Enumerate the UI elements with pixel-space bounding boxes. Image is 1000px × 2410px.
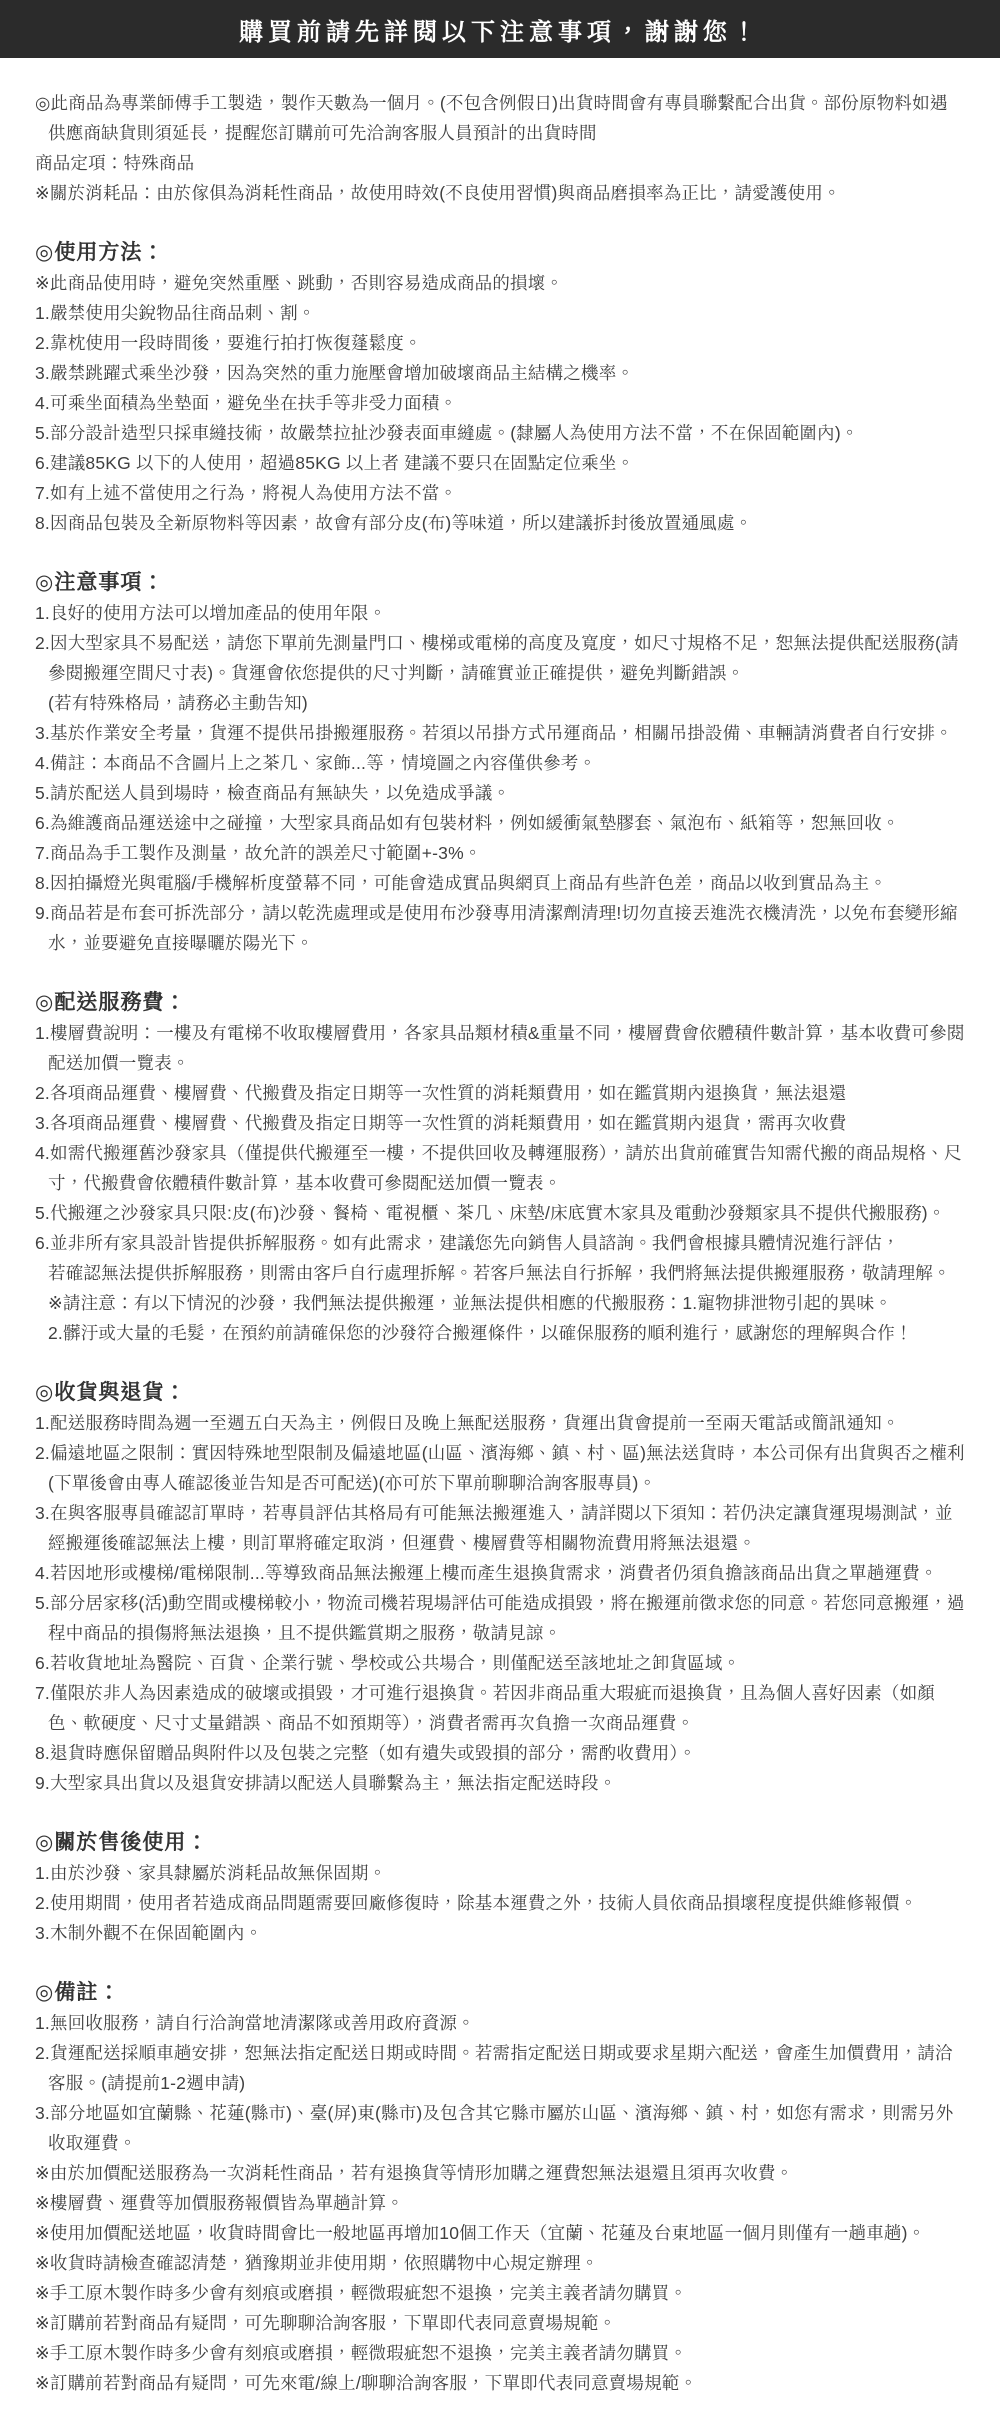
notice-line: 8.退貨時應保留贈品與附件以及包裝之完整（如有遺失或毀損的部分，需酌收費用）。 — [35, 1738, 965, 1768]
notice-line: 1.良好的使用方法可以增加產品的使用年限。 — [35, 598, 965, 628]
notice-line: 6.若收貨地址為醫院、百貨、企業行號、學校或公共場合，則僅配送至該地址之卸貨區域… — [35, 1648, 965, 1678]
notice-content: ◎此商品為專業師傅手工製造，製作天數為一個月。(不包含例假日)出貨時間會有專員聯… — [0, 58, 1000, 2406]
notice-line: 2.使用期間，使用者若造成商品問題需要回廠修復時，除基本運費之外，技術人員依商品… — [35, 1888, 965, 1918]
section-heading: ◎配送服務費： — [35, 988, 965, 1018]
section-heading: ◎收貨與退貨： — [35, 1378, 965, 1408]
notice-line: 4.若因地形或樓梯/電梯限制...等導致商品無法搬運上樓而產生退換貨需求，消費者… — [35, 1558, 965, 1588]
notice-section: ◎配送服務費：1.樓層費說明：一樓及有電梯不收取樓層費用，各家具品類材積&重量不… — [35, 988, 965, 1348]
notice-line: 4.可乘坐面積為坐墊面，避免坐在扶手等非受力面積。 — [35, 388, 965, 418]
section-heading: ◎備註： — [35, 1978, 965, 2008]
section-heading: ◎關於售後使用： — [35, 1828, 965, 1858]
notice-line: 5.部分居家移(活)動空間或樓梯較小，物流司機若現場評估可能造成損毀，將在搬運前… — [35, 1588, 965, 1648]
notice-line: 8.因拍攝燈光與電腦/手機解析度螢幕不同，可能會造成實品與網頁上商品有些許色差，… — [35, 868, 965, 898]
notice-line: ※關於消耗品：由於傢俱為消耗性商品，故使用時效(不良使用習慣)與商品磨損率為正比… — [35, 178, 965, 208]
notice-line: 6.建議85KG 以下的人使用，超過85KG 以上者 建議不要只在固點定位乘坐。 — [35, 448, 965, 478]
notice-line: ※請注意：有以下情況的沙發，我們無法提供搬運，並無法提供相應的代搬服務：1.寵物… — [35, 1288, 965, 1318]
notice-line: 1.由於沙發、家具隸屬於消耗品故無保固期。 — [35, 1858, 965, 1888]
notice-line: ※使用加價配送地區，收貨時間會比一般地區再增加10個工作天（宜蘭、花蓮及台東地區… — [35, 2218, 965, 2248]
notice-section: ◎收貨與退貨：1.配送服務時間為週一至週五白天為主，例假日及晚上無配送服務，貨運… — [35, 1378, 965, 1798]
notice-line: 5.部分設計造型只採車縫技術，故嚴禁拉扯沙發表面車縫處。(隸屬人為使用方法不當，… — [35, 418, 965, 448]
notice-line: 8.因商品包裝及全新原物料等因素，故會有部分皮(布)等味道，所以建議拆封後放置通… — [35, 508, 965, 538]
notice-line: 9.大型家具出貨以及退貨安排請以配送人員聯繫為主，無法指定配送時段。 — [35, 1768, 965, 1798]
notice-line: 2.靠枕使用一段時間後，要進行拍打恢復蓬鬆度。 — [35, 328, 965, 358]
section-heading: ◎使用方法： — [35, 238, 965, 268]
notice-line: 2.偏遠地區之限制：實因特殊地型限制及偏遠地區(山區、濱海鄉、鎮、村、區)無法送… — [35, 1438, 965, 1498]
notice-line: 7.僅限於非人為因素造成的破壞或損毀，才可進行退換貨。若因非商品重大瑕疵而退換貨… — [35, 1678, 965, 1738]
notice-section: ◎備註：1.無回收服務，請自行洽詢當地清潔隊或善用政府資源。2.貨運配送採順車趟… — [35, 1978, 965, 2398]
notice-line: 5.代搬運之沙發家具只限:皮(布)沙發、餐椅、電視櫃、茶几、床墊/床底實木家具及… — [35, 1198, 965, 1228]
notice-section: ◎此商品為專業師傅手工製造，製作天數為一個月。(不包含例假日)出貨時間會有專員聯… — [35, 88, 965, 208]
notice-line: ※手工原木製作時多少會有刻痕或磨損，輕微瑕疵恕不退換，完美主義者請勿購買。 — [35, 2278, 965, 2308]
notice-line: ※手工原木製作時多少會有刻痕或磨損，輕微瑕疵恕不退換，完美主義者請勿購買。 — [35, 2338, 965, 2368]
notice-line: ◎此商品為專業師傅手工製造，製作天數為一個月。(不包含例假日)出貨時間會有專員聯… — [35, 88, 965, 148]
notice-line: ※樓層費、運費等加價服務報價皆為單趟計算。 — [35, 2188, 965, 2218]
notice-line: 3.基於作業安全考量，貨運不提供吊掛搬運服務。若須以吊掛方式吊運商品，相關吊掛設… — [35, 718, 965, 748]
notice-line: 1.配送服務時間為週一至週五白天為主，例假日及晚上無配送服務，貨運出貨會提前一至… — [35, 1408, 965, 1438]
notice-line: 3.嚴禁跳躍式乘坐沙發，因為突然的重力施壓會增加破壞商品主結構之機率。 — [35, 358, 965, 388]
notice-banner: 購買前請先詳閱以下注意事項，謝謝您！ — [0, 0, 1000, 58]
notice-line: 4.如需代搬運舊沙發家具（僅提供代搬運至一樓，不提供回收及轉運服務），請於出貨前… — [35, 1138, 965, 1198]
notice-line: (若有特殊格局，請務必主動告知) — [35, 688, 965, 718]
notice-section: ◎關於售後使用：1.由於沙發、家具隸屬於消耗品故無保固期。2.使用期間，使用者若… — [35, 1828, 965, 1948]
notice-line: 3.各項商品運費、樓層費、代搬費及指定日期等一次性質的消耗類費用，如在鑑賞期內退… — [35, 1108, 965, 1138]
notice-line: 5.請於配送人員到場時，檢查商品有無缺失，以免造成爭議。 — [35, 778, 965, 808]
section-heading: ◎注意事項： — [35, 568, 965, 598]
notice-line: 若確認無法提供拆解服務，則需由客戶自行處理拆解。若客戶無法自行拆解，我們將無法提… — [35, 1258, 965, 1288]
notice-line: 3.部分地區如宜蘭縣、花蓮(縣市)、臺(屏)東(縣市)及包含其它縣市屬於山區、濱… — [35, 2098, 965, 2158]
notice-line: 2.髒汙或大量的毛髮，在預約前請確保您的沙發符合搬運條件，以確保服務的順利進行，… — [35, 1318, 965, 1348]
notice-line: 3.在與客服專員確認訂單時，若專員評估其格局有可能無法搬運進入，請詳閱以下須知：… — [35, 1498, 965, 1558]
notice-line: 3.木制外觀不在保固範圍內。 — [35, 1918, 965, 1948]
banner-title: 購買前請先詳閱以下注意事項，謝謝您！ — [239, 12, 761, 47]
notice-line: 1.嚴禁使用尖銳物品往商品刺、割。 — [35, 298, 965, 328]
notice-line: 2.因大型家具不易配送，請您下單前先測量門口、樓梯或電梯的高度及寬度，如尺寸規格… — [35, 628, 965, 688]
notice-line: ※收貨時請檢查確認清楚，猶豫期並非使用期，依照購物中心規定辦理。 — [35, 2248, 965, 2278]
notice-line: 2.貨運配送採順車趟安排，恕無法指定配送日期或時間。若需指定配送日期或要求星期六… — [35, 2038, 965, 2098]
notice-section: ◎注意事項：1.良好的使用方法可以增加產品的使用年限。2.因大型家具不易配送，請… — [35, 568, 965, 958]
notice-line: 7.商品為手工製作及測量，故允許的誤差尺寸範圍+-3%。 — [35, 838, 965, 868]
notice-line: 1.樓層費說明：一樓及有電梯不收取樓層費用，各家具品類材積&重量不同，樓層費會依… — [35, 1018, 965, 1078]
notice-line: 1.無回收服務，請自行洽詢當地清潔隊或善用政府資源。 — [35, 2008, 965, 2038]
notice-line: 6.為維護商品運送途中之碰撞，大型家具商品如有包裝材料，例如緩衝氣墊膠套、氣泡布… — [35, 808, 965, 838]
notice-line: ※訂購前若對商品有疑問，可先聊聊洽詢客服，下單即代表同意賣場規範。 — [35, 2308, 965, 2338]
notice-line: 商品定項：特殊商品 — [35, 148, 965, 178]
notice-section: ◎使用方法：※此商品使用時，避免突然重壓、跳動，否則容易造成商品的損壞。1.嚴禁… — [35, 238, 965, 538]
notice-line: 9.商品若是布套可拆洗部分，請以乾洗處理或是使用布沙發專用清潔劑清理!切勿直接丟… — [35, 898, 965, 958]
notice-line: ※訂購前若對商品有疑問，可先來電/線上/聊聊洽詢客服，下單即代表同意賣場規範。 — [35, 2368, 965, 2398]
notice-line: 4.備註：本商品不含圖片上之茶几、家飾...等，情境圖之內容僅供參考。 — [35, 748, 965, 778]
notice-line: 7.如有上述不當使用之行為，將視人為使用方法不當。 — [35, 478, 965, 508]
notice-line: ※由於加價配送服務為一次消耗性商品，若有退換貨等情形加購之運費恕無法退還且須再次… — [35, 2158, 965, 2188]
notice-line: 6.並非所有家具設計皆提供拆解服務。如有此需求，建議您先向銷售人員諮詢。我們會根… — [35, 1228, 965, 1258]
notice-line: 2.各項商品運費、樓層費、代搬費及指定日期等一次性質的消耗類費用，如在鑑賞期內退… — [35, 1078, 965, 1108]
notice-line: ※此商品使用時，避免突然重壓、跳動，否則容易造成商品的損壞。 — [35, 268, 965, 298]
